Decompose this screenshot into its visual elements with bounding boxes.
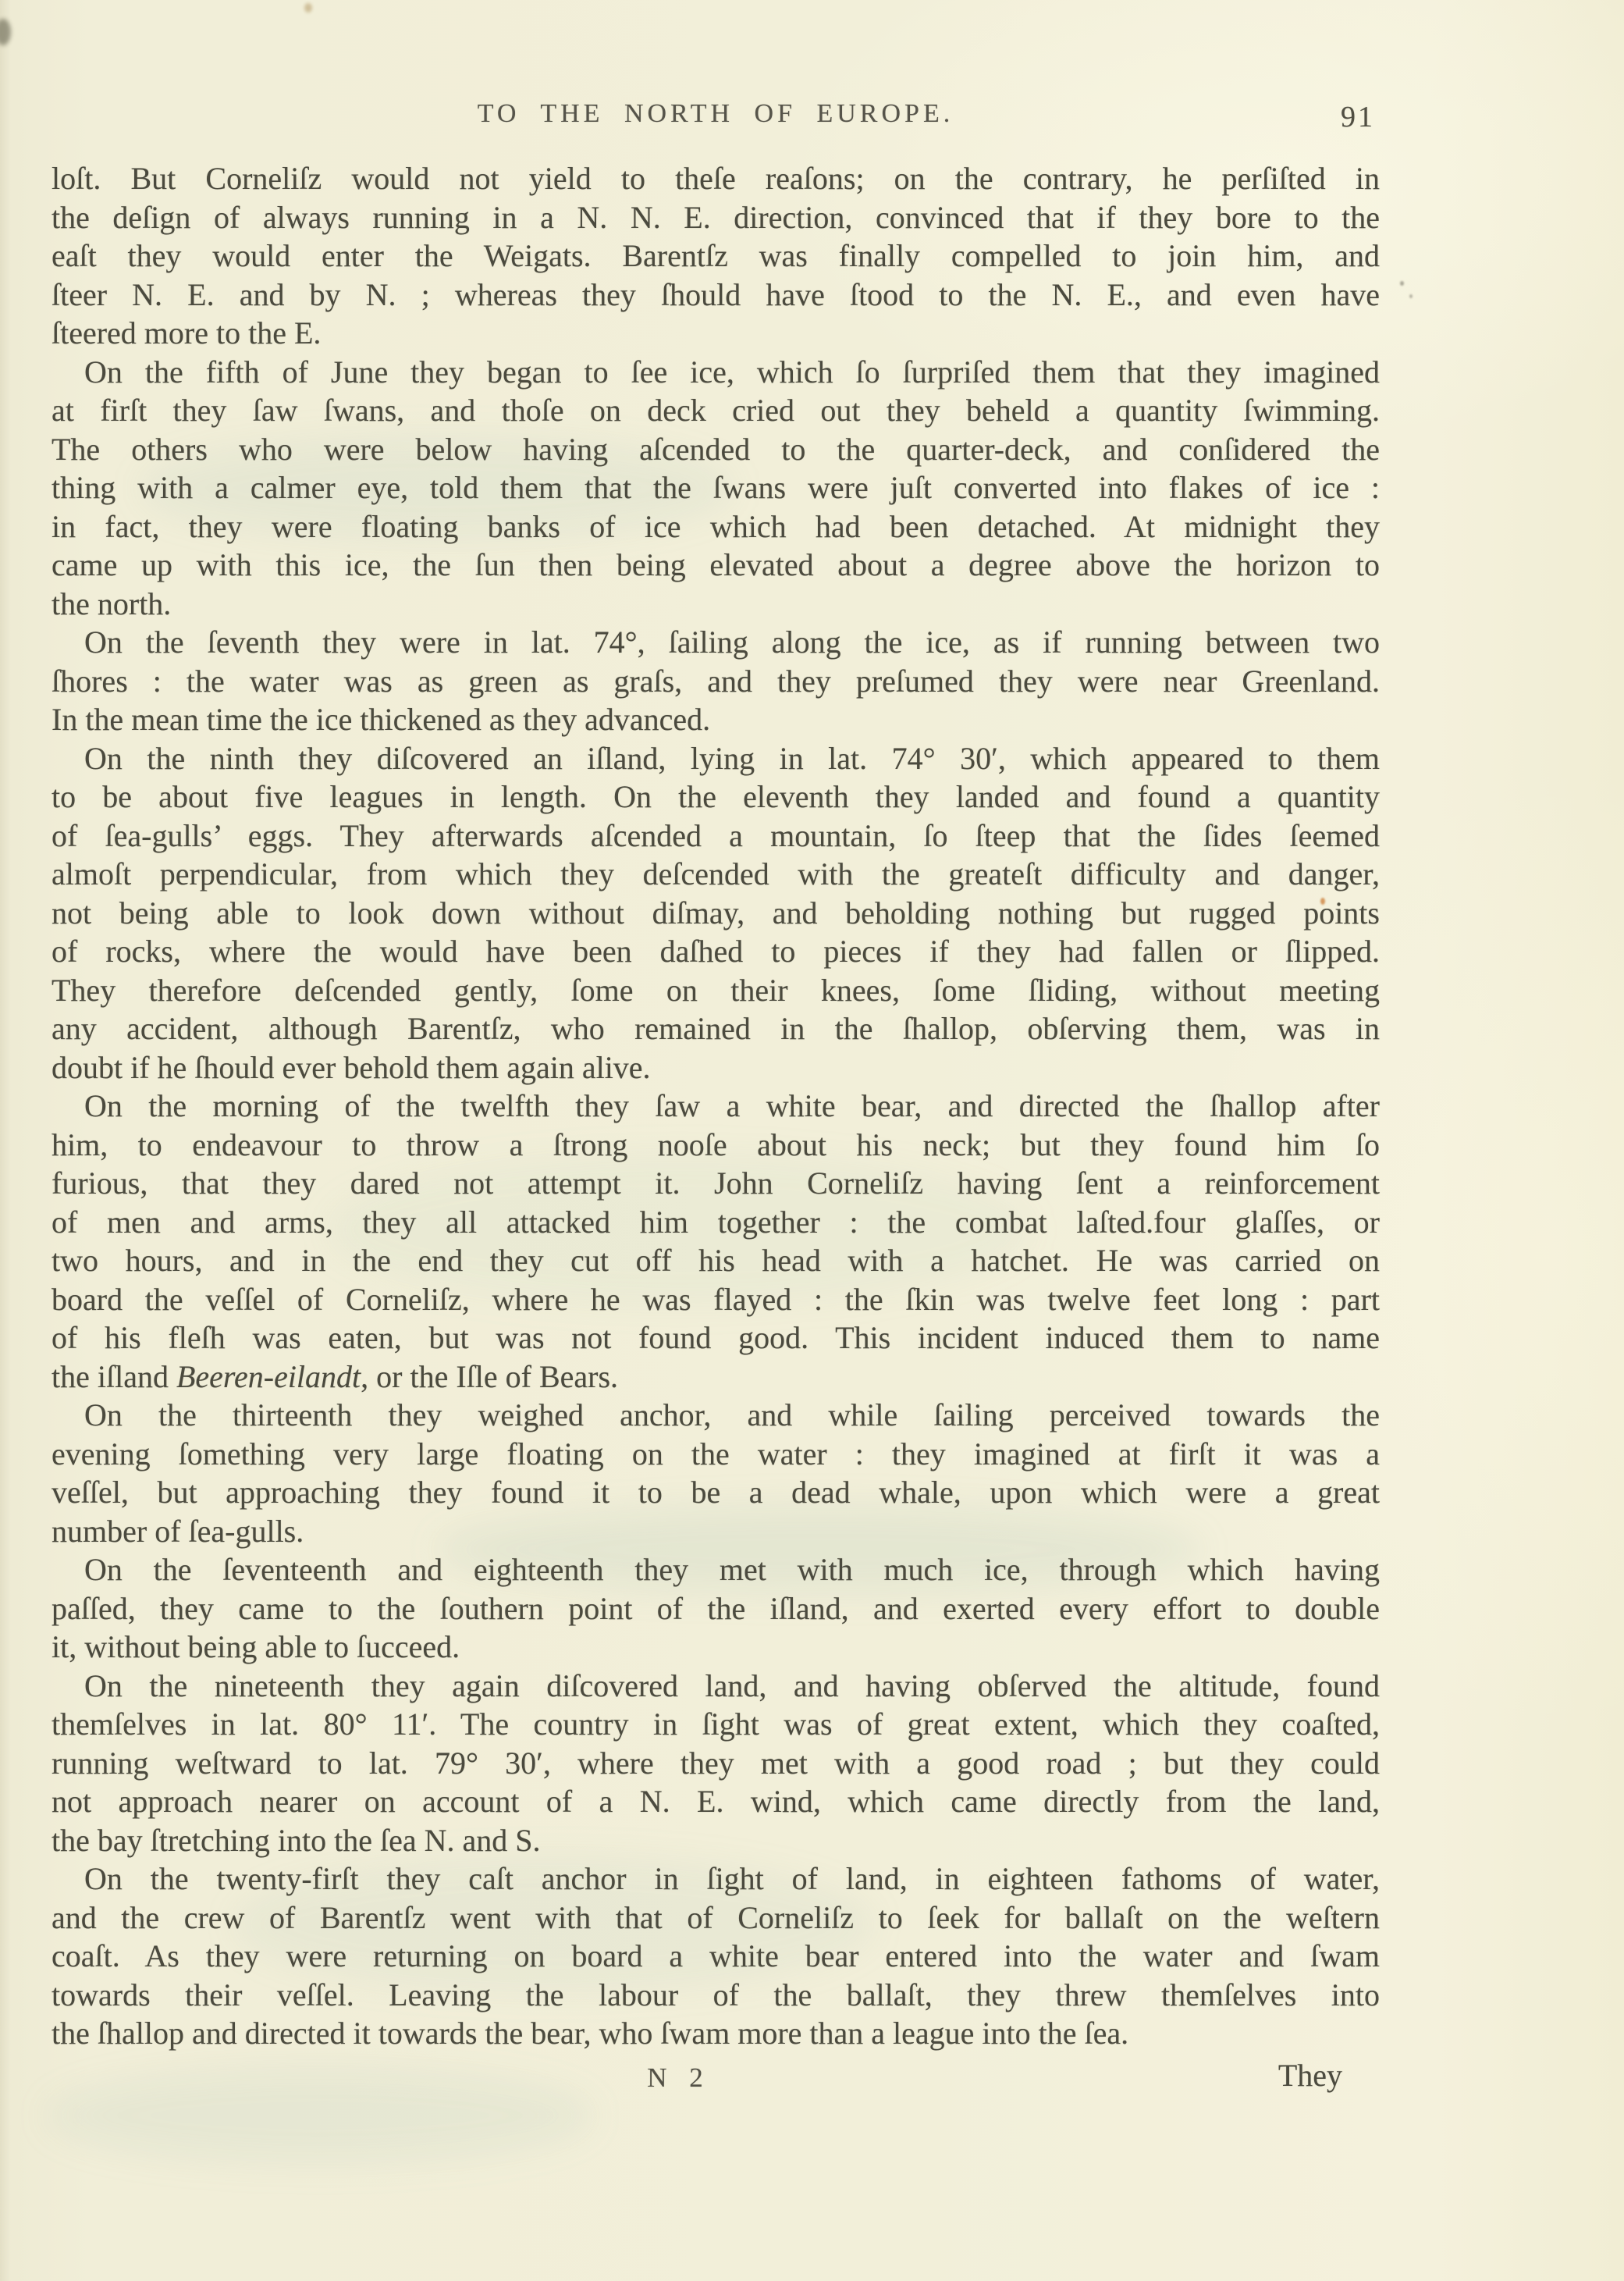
text-line: doubt if he ſhould ever behold them agai… [52,1048,1380,1087]
text-line: and the crew of Barentſz went with that … [52,1898,1380,1938]
paragraph: On the ſeventh they were in lat. 74°, ſa… [52,623,1380,739]
text-line: to be about five leagues in length. On t… [52,778,1380,817]
text-line: towards their veſſel. Leaving the labour… [52,1976,1380,2015]
text-line: almoſt perpendicular, from which they de… [52,855,1380,894]
body-text: loſt. But Corneliſz would not yield to t… [52,159,1380,2053]
text-line: of his fleſh was eaten, but was not foun… [52,1318,1380,1358]
page-number: 91 [1341,100,1375,134]
text-line: of men and arms, they all attacked him t… [52,1203,1380,1242]
text-line: board the veſſel of Corneliſz, where he … [52,1280,1380,1319]
text-line: On the morning of the twelfth they ſaw a… [52,1087,1380,1126]
ink-speck [1409,294,1413,298]
book-page: TO THE NORTH OF EUROPE. 91 loſt. But Cor… [0,0,1624,2281]
text-line: not approach nearer on account of a N. E… [52,1782,1380,1821]
text-line: eaſt they would enter the Weigats. Baren… [52,237,1380,276]
signature-mark: N 2 [11,2062,1339,2094]
text-line: paſſed, they came to the ſouthern point … [52,1589,1380,1628]
text-line: ſteer N. E. and by N. ; whereas they ſho… [52,276,1380,315]
text-line: loſt. But Corneliſz would not yield to t… [52,159,1380,198]
paragraph: On the morning of the twelfth they ſaw a… [52,1087,1380,1396]
text-line: thing with a calmer eye, told them that … [52,468,1380,507]
paragraph: loſt. But Corneliſz would not yield to t… [52,159,1380,353]
text-line: On the ſeventh they were in lat. 74°, ſa… [52,623,1380,662]
text-line: the ſhallop and directed it towards the … [52,2014,1380,2053]
text-line: any accident, although Barentſz, who rem… [52,1009,1380,1048]
text-line: running weſtward to lat. 79° 30′, where … [52,1744,1380,1783]
text-line: evening ſomething very large floating on… [52,1435,1380,1474]
text-line: the deſign of always running in a N. N. … [52,198,1380,237]
text-line: the bay ſtretching into the ſea N. and S… [52,1821,1380,1860]
text-line: the iſland Beeren-eilandt, or the Iſle o… [52,1358,1380,1397]
text-block: TO THE NORTH OF EUROPE. 91 loſt. But Cor… [52,0,1380,2281]
text-line: number of ſea-gulls. [52,1512,1380,1551]
ink-speck [0,19,11,45]
paragraph: On the ſeventeenth and eighteenth they m… [52,1550,1380,1667]
text-line: On the ſeventeenth and eighteenth they m… [52,1550,1380,1589]
text-line: of rocks, where the would have been daſh… [52,932,1380,971]
text-line: coaſt. As they were returning on board a… [52,1937,1380,1976]
paragraph: On the ninth they diſcovered an iſland, … [52,739,1380,1087]
text-line: In the mean time the ice thickened as th… [52,700,1380,739]
running-header-title: TO THE NORTH OF EUROPE. [52,98,1380,130]
text-line: two hours, and in the end they cut off h… [52,1241,1380,1280]
text-line: it, without being able to ſucceed. [52,1628,1380,1667]
text-line: ſteered more to the E. [52,314,1380,353]
text-line: The others who were below having aſcende… [52,430,1380,469]
text-line: On the thirteenth they weighed anchor, a… [52,1396,1380,1435]
paragraph: On the fifth of June they began to ſee i… [52,353,1380,624]
paragraph: On the nineteenth they again diſcovered … [52,1667,1380,1860]
text-line: On the twenty-firſt they caſt anchor in … [52,1859,1380,1898]
text-line: themſelves in lat. 80° 11′. The country … [52,1705,1380,1744]
text-line: came up with this ice, the ſun then bein… [52,546,1380,585]
text-line: not being able to look down without diſm… [52,894,1380,933]
text-line: On the nineteenth they again diſcovered … [52,1667,1380,1706]
text-line: On the fifth of June they began to ſee i… [52,353,1380,392]
text-line: of ſea-gulls’ eggs. They afterwards aſce… [52,817,1380,856]
text-line: in fact, they were floating banks of ice… [52,507,1380,546]
ink-speck [1400,281,1404,286]
paragraph: On the thirteenth they weighed anchor, a… [52,1396,1380,1550]
text-line: ſhores : the water was as green as graſs… [52,662,1380,701]
text-line: On the ninth they diſcovered an iſland, … [52,739,1380,778]
paragraph: On the twenty-firſt they caſt anchor in … [52,1859,1380,2053]
text-line: They therefore deſcended gently, ſome on… [52,971,1380,1010]
catchword: They [1278,2058,1342,2094]
text-line: furious, that they dared not attempt it.… [52,1164,1380,1203]
text-line: at firſt they ſaw ſwans, and thoſe on de… [52,391,1380,430]
text-line: the north. [52,585,1380,624]
text-line: veſſel, but approaching they found it to… [52,1473,1380,1512]
text-line: him, to endeavour to throw a ſtrong nooſ… [52,1126,1380,1165]
